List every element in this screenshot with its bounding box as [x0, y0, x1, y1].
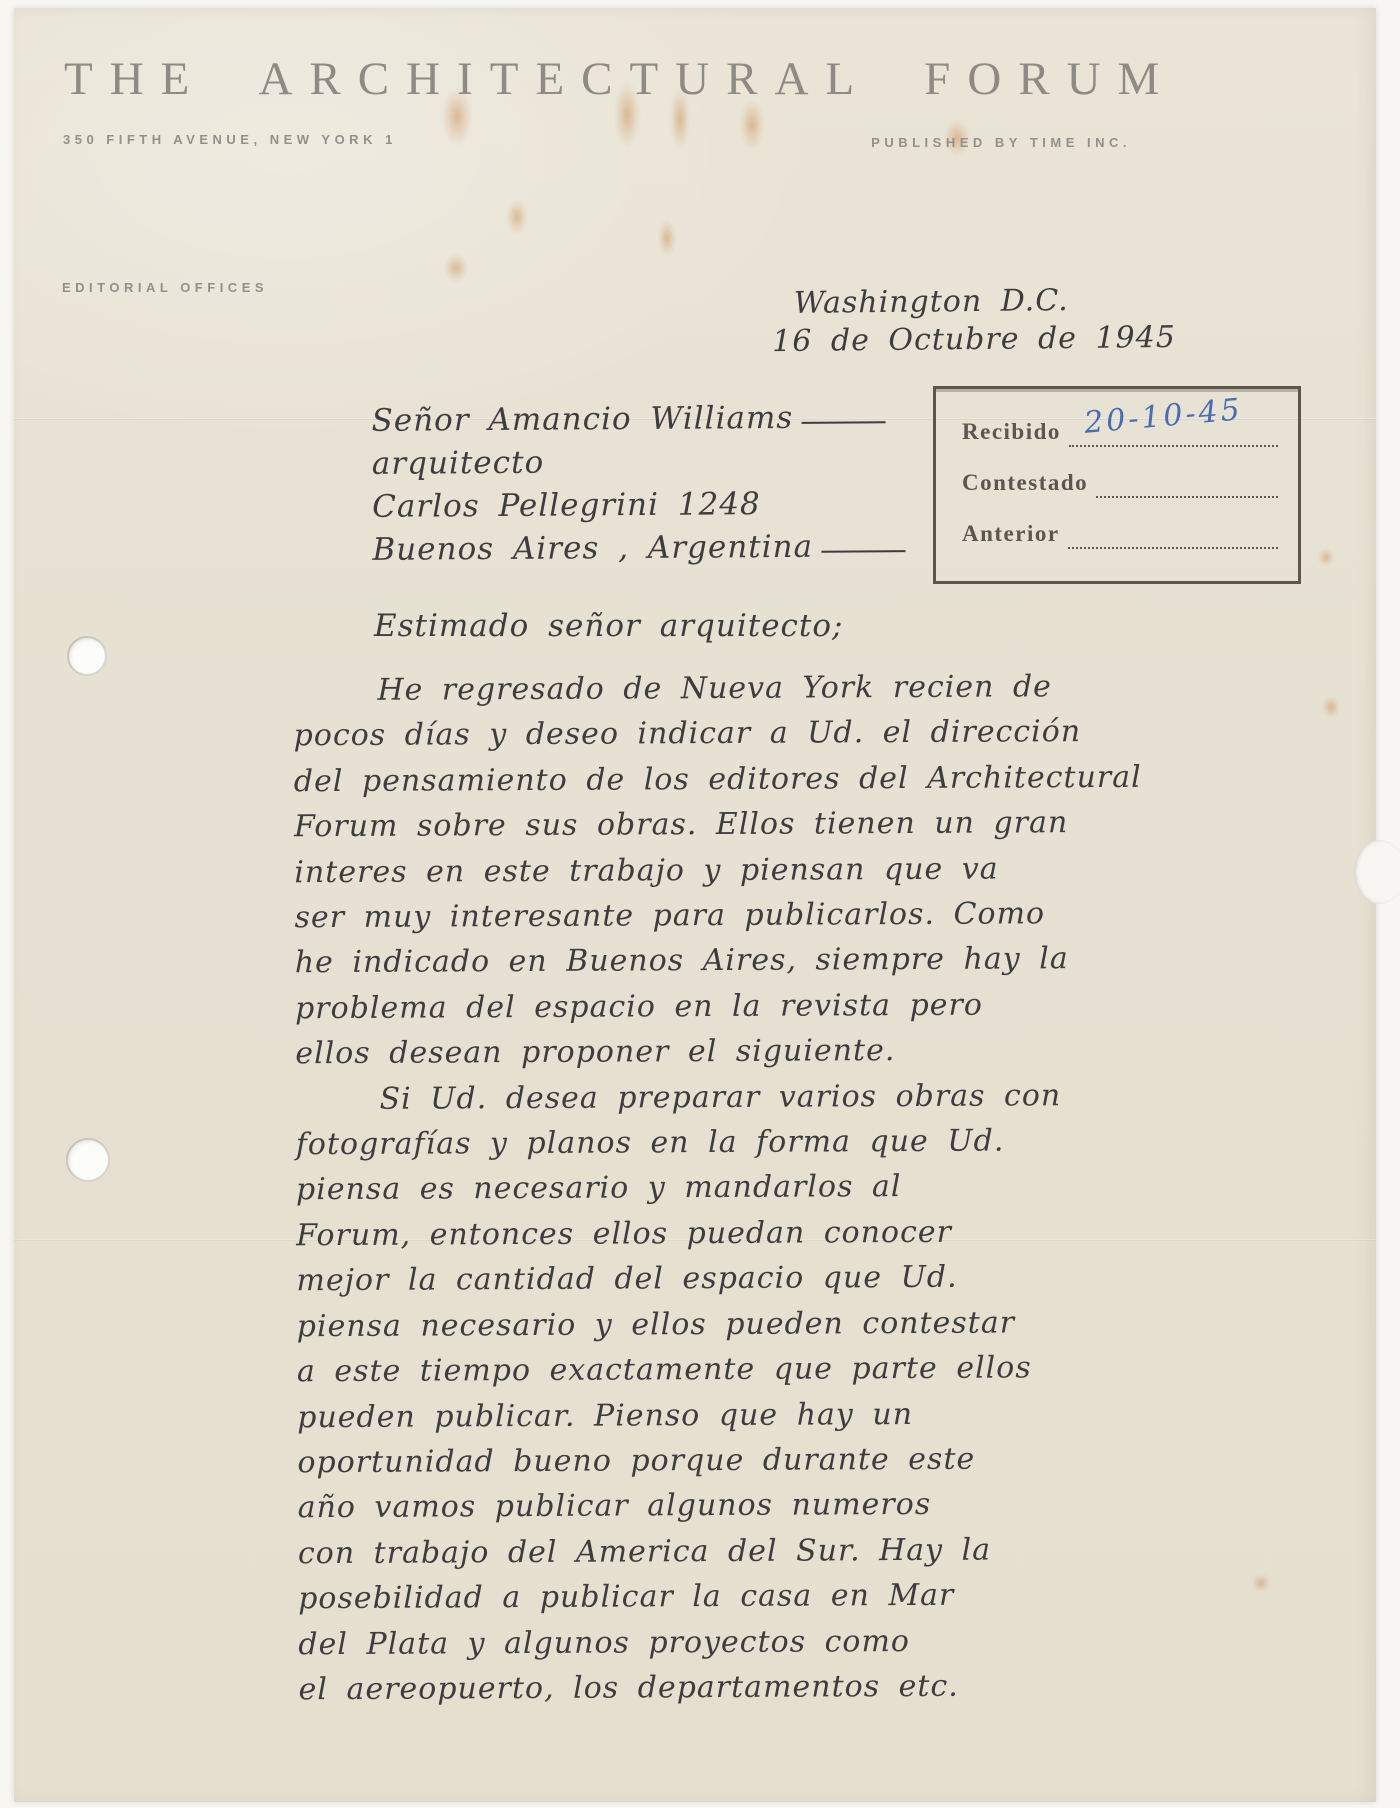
stamp-row-anterior: Anterior [962, 519, 1278, 549]
body-line: mejor la cantidad del espacio que Ud. [296, 1254, 1144, 1304]
body-line: del Plata y algunos proyectos como [298, 1617, 1146, 1667]
stain [1318, 548, 1334, 566]
body-line: piensa es necesario y mandarlos al [296, 1163, 1144, 1213]
body-line: ser muy interesante para publicarlos. Co… [294, 891, 1142, 941]
letter-body: He regresado de Nueva York recien de poc… [293, 664, 1146, 1713]
recipient-line: Carlos Pellegrini 1248 [372, 482, 905, 529]
body-line: del pensamiento de los editores del Arch… [294, 755, 1142, 805]
body-line: he indicado en Buenos Aires, siempre hay… [295, 936, 1143, 986]
body-line: piensa necesario y ellos pueden contesta… [297, 1299, 1145, 1349]
body-line: problema del espacio en la revista pero [295, 982, 1143, 1032]
hole-punch-top [67, 636, 107, 676]
recipient-line: Buenos Aires , Argentina [372, 525, 905, 572]
body-line: oportunidad bueno porque durante este [297, 1436, 1145, 1486]
stain [658, 220, 676, 256]
stamp-row-contestado: Contestado [962, 468, 1278, 498]
body-line: a este tiempo exactamente que parte ello… [297, 1345, 1145, 1395]
body-line: Si Ud. desea preparar varios obras con [295, 1072, 1143, 1122]
stamp-label-anterior: Anterior [962, 519, 1060, 549]
body-line: Forum sobre sus obras. Ellos tienen un g… [294, 800, 1142, 850]
body-line: pocos días y deseo indicar a Ud. el dire… [294, 709, 1142, 759]
letterhead-street-address: 350 FIFTH AVENUE, NEW YORK 1 [63, 132, 397, 147]
recipient-line: arquitecto [372, 439, 905, 486]
body-line: He regresado de Nueva York recien de [293, 664, 1141, 714]
letter-sheet: THE ARCHITECTURAL FORUM 350 FIFTH AVENUE… [14, 8, 1376, 1802]
stain [506, 200, 528, 234]
dateline-date: 16 de Octubre de 1945 [772, 319, 1176, 361]
recipient-line: Señor Amancio Williams [371, 396, 904, 443]
hole-punch-bottom [66, 1138, 110, 1182]
stamp-dotted-line [1068, 521, 1278, 549]
stamp-dotted-line [1096, 470, 1278, 498]
stain [1252, 1574, 1270, 1592]
stamp-label-contestado: Contestado [962, 468, 1088, 498]
body-line: fotografías y planos en la forma que Ud. [296, 1118, 1144, 1168]
body-line: pueden publicar. Pienso que hay un [297, 1390, 1145, 1440]
paper-notch [1354, 840, 1400, 904]
dateline-city: Washington D.C. [772, 281, 1176, 323]
recipient-block: Señor Amancio Williams arquitecto Carlos… [371, 396, 905, 572]
stain [444, 254, 468, 282]
letterhead-title: THE ARCHITECTURAL FORUM [64, 52, 1354, 106]
letterhead-publisher: PUBLISHED BY TIME INC. [871, 135, 1131, 150]
body-line: posebilidad a publicar la casa en Mar [298, 1572, 1146, 1622]
body-line: interes en este trabajo y piensan que va [294, 845, 1142, 895]
received-stamp: Recibido Contestado Anterior 20-10-45 [933, 386, 1301, 584]
stain [1322, 696, 1340, 718]
salutation: Estimado señor arquitecto; [374, 608, 843, 644]
editorial-offices-label: EDITORIAL OFFICES [62, 280, 268, 295]
body-line: Forum, entonces ellos puedan conocer [296, 1209, 1144, 1259]
body-line: año vamos publicar algunos numeros [298, 1481, 1146, 1531]
body-line: con trabajo del America del Sur. Hay la [298, 1526, 1146, 1576]
body-line: ellos desean proponer el siguiente. [295, 1027, 1143, 1077]
dateline: Washington D.C. 16 de Octubre de 1945 [772, 281, 1176, 361]
stain [740, 100, 764, 150]
body-line: el aereopuerto, los departamentos etc. [299, 1663, 1147, 1713]
stamp-label-recibido: Recibido [962, 417, 1061, 447]
